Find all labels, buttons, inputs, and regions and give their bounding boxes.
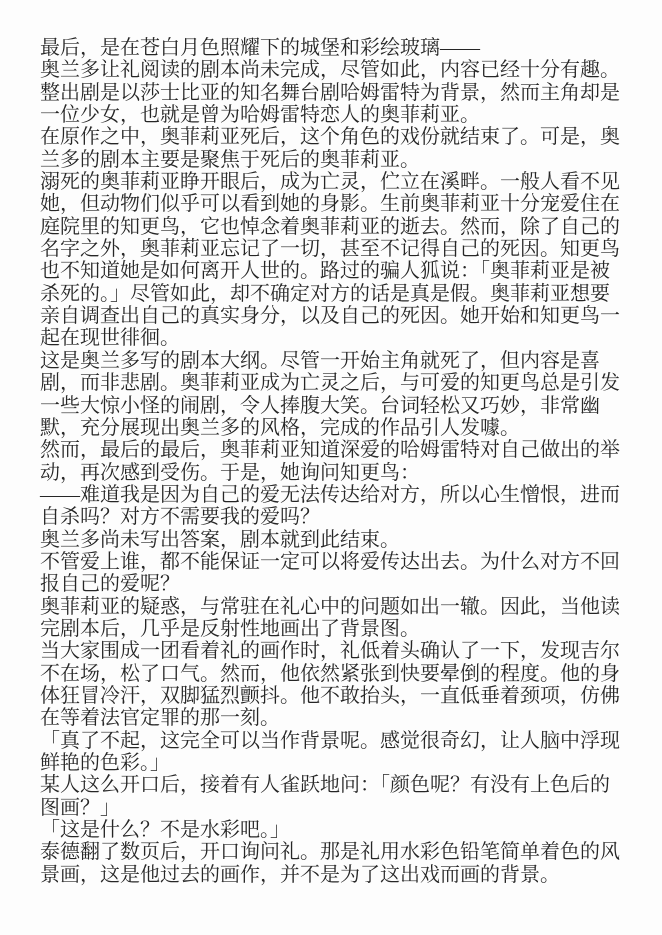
text-line: 溺死的奥菲莉亚睁开眼后，成为亡灵，伫立在溪畔。一般人看不见: [40, 171, 622, 193]
text-line: 起在现世徘徊。: [40, 327, 622, 349]
text-line: 鲜艳的色彩。」: [40, 752, 622, 774]
text-line: 体狂冒冷汗，双脚猛烈颤抖。他不敢抬头，一直低垂着颈项，仿佛: [40, 685, 622, 707]
text-line: 泰德翻了数页后，开口询问礼。那是礼用水彩色铅笔简单着色的风: [40, 841, 622, 863]
text-line: 这是奥兰多写的剧本大纲。尽管一开始主角就死了，但内容是喜: [40, 350, 622, 372]
text-line: 自杀吗？对方不需要我的爱吗？: [40, 506, 622, 528]
text-line: 在等着法官定罪的那一刻。: [40, 707, 622, 729]
text-line: 不管爱上谁，都不能保证一定可以将爱传达出去。为什么对方不回: [40, 551, 622, 573]
text-line: 兰多的剧本主要是聚焦于死后的奥菲莉亚。: [40, 149, 622, 171]
text-line: 动，再次感到受伤。于是，她询问知更鸟：: [40, 462, 622, 484]
text-line: 整出剧是以莎士比亚的知名舞台剧哈姆雷特为背景，然而主角却是: [40, 82, 622, 104]
text-line: 「真了不起，这完全可以当作背景呢。感觉很奇幻，让人脑中浮现: [40, 730, 622, 752]
text-line: 一位少女，也就是曾为哈姆雷特恋人的奥菲莉亚。: [40, 104, 622, 126]
text-line: 杀死的。」尽管如此，却不确定对方的话是真是假。奥菲莉亚想要: [40, 283, 622, 305]
text-line: 当大家围成一团看着礼的画作时，礼低着头确认了一下，发现吉尔: [40, 640, 622, 662]
text-line: 也不知道她是如何离开人世的。路过的骗人狐说：「奥菲莉亚是被: [40, 260, 622, 282]
text-line: 不在场，松了口气。然而，他依然紧张到快要晕倒的程度。他的身: [40, 663, 622, 685]
text-line: 默，充分展现出奥兰多的风格，完成的作品引人发噱。: [40, 417, 622, 439]
text-line: 「这是什么？不是水彩吧。」: [40, 819, 622, 841]
text-line: 图画？」: [40, 797, 622, 819]
text-line: 庭院里的知更鸟，它也悼念着奥菲莉亚的逝去。然而，除了自己的: [40, 216, 622, 238]
text-line: 奥兰多尚未写出答案，剧本就到此结束。: [40, 529, 622, 551]
text-line: 某人这么开口后，接着有人雀跃地问：「颜色呢？有没有上色后的: [40, 774, 622, 796]
ebook-page: 最后，是在苍白月色照耀下的城堡和彩绘玻璃——奥兰多让礼阅读的剧本尚未完成，尽管如…: [0, 0, 662, 935]
text-line: 在原作之中，奥菲莉亚死后，这个角色的戏份就结束了。可是，奥: [40, 126, 622, 148]
text-line: 然而，最后的最后，奥菲莉亚知道深爱的哈姆雷特对自己做出的举: [40, 439, 622, 461]
text-line: 奥菲莉亚的疑惑，与常驻在礼心中的问题如出一辙。因此，当他读: [40, 596, 622, 618]
text-line: 景画，这是他过去的画作，并不是为了这出戏而画的背景。: [40, 864, 622, 886]
novel-text-block: 最后，是在苍白月色照耀下的城堡和彩绘玻璃——奥兰多让礼阅读的剧本尚未完成，尽管如…: [40, 37, 622, 886]
text-line: 最后，是在苍白月色照耀下的城堡和彩绘玻璃——: [40, 37, 622, 59]
text-line: 奥兰多让礼阅读的剧本尚未完成，尽管如此，内容已经十分有趣。: [40, 59, 622, 81]
text-line: 名字之外，奥菲莉亚忘记了一切，甚至不记得自己的死因。知更鸟: [40, 238, 622, 260]
text-line: 一些大惊小怪的闹剧，令人捧腹大笑。台词轻松又巧妙，非常幽: [40, 395, 622, 417]
text-line: 亲自调查出自己的真实身分，以及自己的死因。她开始和知更鸟一: [40, 305, 622, 327]
text-line: 她，但动物们似乎可以看到她的身影。生前奥菲莉亚十分宠爱住在: [40, 193, 622, 215]
text-line: 报自己的爱呢？: [40, 573, 622, 595]
text-line: ——难道我是因为自己的爱无法传达给对方，所以心生憎恨，进而: [40, 484, 622, 506]
text-line: 完剧本后，几乎是反射性地画出了背景图。: [40, 618, 622, 640]
text-line: 剧，而非悲剧。奥菲莉亚成为亡灵之后，与可爱的知更鸟总是引发: [40, 372, 622, 394]
